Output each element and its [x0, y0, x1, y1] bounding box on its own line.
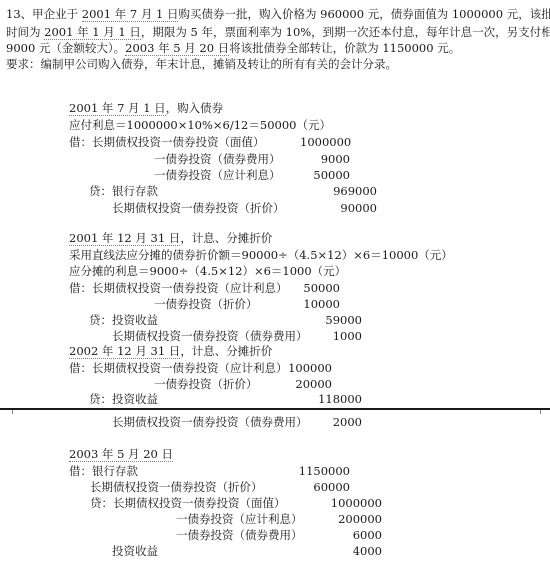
date-link: 2001 年 7 月 1 日	[82, 7, 179, 22]
page-break-divider	[0, 408, 550, 410]
entry-amount: 90000	[327, 200, 377, 216]
date-link: 2001 年 1 月 1 日	[44, 25, 141, 40]
calc-line: 应分摊的利息＝9000÷（4.5×12）×6＝1000（元）	[69, 263, 346, 279]
entry-amount: 100000	[280, 360, 332, 376]
problem-requirement: 要求：编制甲公司购入债券，年末计息，摊销及转让的所有有关的会计分录。	[6, 56, 397, 72]
entry-label: 一债券投资（应计利息）	[176, 511, 303, 527]
calc-line: 采用直线法应分摊的债券折价额＝90000÷（4.5×12）×6＝10000（元）	[69, 247, 453, 263]
entry-amount: 1000000	[300, 134, 350, 150]
entry-amount: 20000	[280, 376, 332, 392]
entry-amount: 118000	[310, 391, 362, 407]
problem-line-3: 9000 元（金额较大）。2003 年 5 月 20 日将该批债券全部转让，价款…	[6, 40, 460, 56]
entry-label: 借：长期债权投资一债券投资（应计利息）	[69, 360, 288, 376]
problem-line-1: 13、甲企业于 2001 年 7 月 1 日购买债券一批，购入价格为 96000…	[6, 6, 550, 22]
section-title: 2003 年 5 月 20 日	[69, 446, 173, 462]
entry-label: 一债券投资（折价）	[154, 376, 258, 392]
entry-amount: 969000	[327, 183, 377, 199]
entry-label: 一债券投资（债券费用）	[154, 151, 281, 167]
date-link: 2003 年 5 月 20 日	[125, 41, 229, 56]
section-title: 2001 年 7 月 1 日，购入债券	[69, 100, 223, 116]
entry-amount: 1000	[312, 328, 362, 344]
entry-amount: 1000000	[330, 495, 382, 511]
problem-line-2: 时间为 2001 年 1 月 1 日，期限为 5 年，票面利率为 10%，到期一…	[6, 24, 550, 40]
entry-label: 借：长期债权投资一债券投资（应计利息）	[69, 280, 288, 296]
entry-amount: 2000	[310, 414, 362, 430]
entry-label: 长期债权投资一债券投资（债券费用）	[112, 414, 308, 430]
entry-label: 贷：银行存款	[89, 183, 158, 199]
entry-label: 一债券投资（债券费用）	[176, 527, 303, 543]
entry-amount: 4000	[330, 543, 382, 559]
entry-amount: 10000	[290, 296, 340, 312]
entry-amount: 60000	[298, 479, 350, 495]
entry-label: 投资收益	[112, 543, 158, 559]
margin-mark	[12, 410, 13, 414]
entry-amount: 50000	[300, 167, 350, 183]
margin-mark	[540, 410, 541, 414]
entry-amount: 200000	[330, 511, 382, 527]
entry-amount: 9000	[300, 151, 350, 167]
entry-amount: 6000	[330, 527, 382, 543]
entry-label: 一债券投资（应计利息）	[154, 167, 281, 183]
entry-amount: 50000	[290, 280, 340, 296]
entry-label: 贷：长期债权投资一债券投资（面值）	[90, 495, 286, 511]
section-title: 2001 年 12 月 31 日，计息、分摊折价	[69, 230, 272, 246]
entry-label: 长期债权投资一债券投资（折价）	[90, 479, 263, 495]
entry-label: 借：长期债权投资一债券投资（面值）	[69, 134, 265, 150]
entry-label: 贷：投资收益	[89, 312, 158, 328]
entry-amount: 59000	[312, 312, 362, 328]
entry-label: 长期债权投资一债券投资（债券费用）	[112, 328, 308, 344]
entry-label: 长期债权投资一债券投资（折价）	[112, 200, 285, 216]
entry-label: 贷：投资收益	[89, 391, 158, 407]
calc-line: 应付利息＝1000000×10%×6/12＝50000（元）	[69, 117, 331, 133]
entry-label: 借：银行存款	[69, 463, 138, 479]
section-title: 2002 年 12 月 31 日，计息、分摊折价	[69, 343, 272, 359]
entry-label: 一债券投资（折价）	[154, 296, 258, 312]
entry-amount: 1150000	[298, 463, 350, 479]
